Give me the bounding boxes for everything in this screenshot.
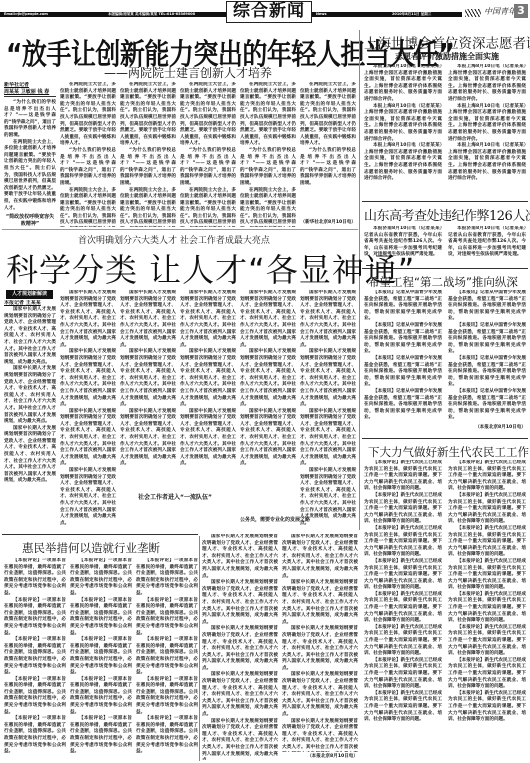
talent-body-3c: 国家中长期人才发展规划纲要首次明确划分了党政人才、企业经营管理人才、专业技术人才… — [120, 409, 176, 468]
talent-body-6b: 国家中长期人才发展规划纲要首次明确划分了党政人才、企业经营管理人才、专业技术人才… — [300, 349, 356, 408]
talent-cont-body-1b: 国家中长期人才发展规划纲要首次明确划分了党政人才、企业经营管理人才、专业技术人才… — [202, 580, 278, 626]
talent-body-5b: 国家中长期人才发展规划纲要首次明确划分了党政人才、企业经营管理人才、专业技术人才… — [240, 349, 296, 408]
talent-body-4: 国家中长期人才发展规划纲要首次明确划分了党政人才、企业经营管理人才、专业技术人才… — [180, 290, 236, 349]
migrant-body-2e: 【本报评论】新生代农民工已经成为农民工的主体，做好新生代农民工工作是一个重大而紧… — [448, 592, 526, 625]
volunteer-subheadline: 志愿者评价激励措施全面实施 — [395, 51, 499, 62]
migrant-body-2f: 【本报评论】新生代农民工已经成为农民工的主体，做好新生代农民工工作是一个重大而紧… — [448, 625, 526, 658]
migrant-body-2c: 【本报评论】新生代农民工已经成为农民工的主体，做好新生代农民工工作是一个重大而紧… — [448, 526, 526, 559]
talent-column-2: 国家中长期人才发展规划纲要首次明确划分了党政人才、企业经营管理人才、专业技术人才… — [60, 290, 116, 530]
lead-column-1: 新华社记者 周某某 卫敏丽 钱 春 “为什么我们的学校总是培养不出杰出人才？”—… — [4, 82, 56, 227]
industry-body-1: 【本报评论】一项原本旨在惠民的举措，最终却造就了行业垄断，这值得深思。公共政策在… — [4, 558, 66, 598]
talent-body-5c: 国家中长期人才发展规划纲要首次明确划分了党政人才、企业经营管理人才、专业技术人才… — [240, 409, 296, 468]
industry-column-3: 【本报评论】一项原本旨在惠民的举措，最终却造就了行业垄断，这值得深思。公共政策在… — [136, 558, 198, 760]
talent-body-1: 国家中长期人才发展规划纲要首次明确划分了党政人才、企业经营管理人才、专业技术人才… — [4, 307, 56, 366]
industry-body-1e: 【本报评论】一项原本旨在惠民的举措，最终却造就了行业垄断，这值得深思。公共政策在… — [4, 716, 66, 756]
industry-body-2d: 【本报评论】一项原本旨在惠民的举措，最终却造就了行业垄断，这值得深思。公共政策在… — [70, 677, 132, 717]
talent-credit: （本报北京8月10日电） — [282, 753, 358, 759]
hope-body-1d: 【本报讯】记者从中国青少年发展基金会获悉，希望工程“第二战场”正在向纵深推进。各… — [364, 389, 442, 422]
migrant-body-1b: 【本报评论】新生代农民工已经成为农民工的主体，做好新生代农民工工作是一个重大而紧… — [364, 493, 442, 526]
lead-credit: （新华社北京8月10日电） — [300, 219, 356, 225]
masthead-date: 2010年8月11日 星期三 — [392, 12, 431, 17]
hope-credit: （本报北京8月10日电） — [448, 424, 526, 430]
industry-body-1d: 【本报评论】一项原本旨在惠民的举措，最终却造就了行业垄断，这值得深思。公共政策在… — [4, 677, 66, 717]
talent-cont-body-1: 国家中长期人才发展规划纲要首次明确划分了党政人才、企业经营管理人才、专业技术人才… — [202, 534, 278, 580]
talent-inner-subhead-1: 社会工作者进入“一流队伍” — [120, 492, 230, 501]
talent-body-1c: 国家中长期人才发展规划纲要首次明确划分了党政人才、企业经营管理人才、专业技术人才… — [4, 426, 56, 485]
talent-continuation-2: 国家中长期人才发展规划纲要首次明确划分了党政人才、企业经营管理人才、专业技术人才… — [282, 534, 358, 752]
talent-body-2b: 国家中长期人才发展规划纲要首次明确划分了党政人才、企业经营管理人才、专业技术人才… — [60, 349, 116, 408]
hope-project-headline: 希望工程“第二战场”推向纵深 — [368, 274, 518, 290]
masthead-bar-right — [312, 12, 462, 17]
masthead-editor-meta: 本版编辑/周某某 美术编辑/某某 TEL:010-65369000 — [108, 12, 195, 17]
volunteer-headline: 上海世博会首位资深志愿者诞生 — [364, 32, 530, 52]
volunteer-column-1: 本报上海8月10日电（记者某某）上海世博会园区志愿者评价激励措施全面实施，首位资… — [364, 64, 442, 200]
talent-body-4c: 国家中长期人才发展规划纲要首次明确划分了党政人才、企业经营管理人才、专业技术人才… — [180, 409, 236, 468]
lead-column-2: 在两院院士大会上，多位院士就创新人才培养问题建言献策。“要放手让创新能力突出的年… — [60, 82, 116, 227]
migrant-body-2h: 【本报评论】新生代农民工已经成为农民工的主体，做好新生代农民工工作是一个重大而紧… — [448, 691, 526, 724]
migrant-headline: 下大力气做好新生代农民工工作 — [368, 444, 529, 460]
talent-tag: 人才规划新解读 — [6, 290, 53, 299]
migrant-body-1g: 【本报评论】新生代农民工已经成为农民工的主体，做好新生代农民工工作是一个重大而紧… — [364, 658, 442, 691]
migrant-body-1h: 【本报评论】新生代农民工已经成为农民工的主体，做好新生代农民工工作是一个重大而紧… — [364, 691, 442, 724]
migrant-body-1f: 【本报评论】新生代农民工已经成为农民工的主体，做好新生代农民工工作是一个重大而紧… — [364, 625, 442, 658]
talent-column-4: 国家中长期人才发展规划纲要首次明确划分了党政人才、企业经营管理人才、专业技术人才… — [180, 290, 236, 490]
lead-body-5b: “为什么我们的学校总是培养不出杰出人才？”——这是钱学森的“钱学森之问”，道出了… — [240, 148, 296, 188]
hope-body-2d: 【本报讯】记者从中国青少年发展基金会获悉，希望工程“第二战场”正在向纵深推进。各… — [448, 389, 526, 422]
migrant-body-1e: 【本报评论】新生代农民工已经成为农民工的主体，做好新生代农民工工作是一个重大而紧… — [364, 592, 442, 625]
industry-body-1c: 【本报评论】一项原本旨在惠民的举措，最终却造就了行业垄断，这值得深思。公共政策在… — [4, 637, 66, 677]
masthead-email: Email:rjb@people.com — [4, 12, 48, 17]
talent-cont-body-2b: 国家中长期人才发展规划纲要首次明确划分了党政人才、企业经营管理人才、专业技术人才… — [282, 580, 358, 626]
talent-column-3: 国家中长期人才发展规划纲要首次明确划分了党政人才、企业经营管理人才、专业技术人才… — [120, 290, 176, 490]
section-title: 综合新闻 — [226, 1, 312, 23]
volunteer-body-1c: 本报上海8月10日电（记者某某）上海世博会园区志愿者评价激励措施全面实施，首位资… — [364, 143, 442, 183]
talent-body-3: 国家中长期人才发展规划纲要首次明确划分了党政人才、企业经营管理人才、专业技术人才… — [120, 290, 176, 349]
migrant-body-2: 【本报评论】新生代农民工已经成为农民工的主体，做好新生代农民工工作是一个重大而紧… — [448, 460, 526, 493]
talent-body-4b: 国家中长期人才发展规划纲要首次明确划分了党政人才、企业经营管理人才、专业技术人才… — [180, 349, 236, 408]
lead-column-6: 在两院院士大会上，多位院士就创新人才培养问题建言献策。“要放手让创新能力突出的年… — [300, 82, 356, 219]
migrant-body-1d: 【本报评论】新生代农民工已经成为农民工的主体，做好新生代农民工工作是一个重大而紧… — [364, 559, 442, 592]
volunteer-body-1b: 本报上海8月10日电（记者某某）上海世博会园区志愿者评价激励措施全面实施，首位资… — [364, 104, 442, 144]
hope-body-2b: 【本报讯】记者从中国青少年发展基金会获悉，希望工程“第二战场”正在向纵深推进。各… — [448, 323, 526, 356]
lead-column-5: 在两院院士大会上，多位院士就创新人才培养问题建言献策。“要放手让创新能力突出的年… — [240, 82, 296, 227]
lead-subheadline: ——两院院士建言创新人才培养 — [104, 64, 272, 81]
migrant-column-2: 【本报评论】新生代农民工已经成为农民工的主体，做好新生代农民工工作是一个重大而紧… — [448, 460, 526, 760]
industry-body-2b: 【本报评论】一项原本旨在惠民的举措，最终却造就了行业垄断，这值得深思。公共政策在… — [70, 598, 132, 638]
hope-column-1: 【本报讯】记者从中国青少年发展基金会获悉，希望工程“第二战场”正在向纵深推进。各… — [364, 290, 442, 430]
volunteer-body-2: 本报上海8月10日电（记者某某）上海世博会园区志愿者评价激励措施全面实施，首位资… — [448, 64, 526, 104]
hope-body-1b: 【本报讯】记者从中国青少年发展基金会获悉，希望工程“第二战场”正在向纵深推进。各… — [364, 323, 442, 356]
talent-byline-names: 王某某 — [26, 300, 41, 306]
industry-column-1: 【本报评论】一项原本旨在惠民的举措，最终却造就了行业垄断，这值得深思。公共政策在… — [4, 558, 66, 760]
lead-column-4: 在两院院士大会上，多位院士就创新人才培养问题建言献策。“要放手让创新能力突出的年… — [180, 82, 236, 227]
volunteer-column-2: 本报上海8月10日电（记者某某）上海世博会园区志愿者评价激励措施全面实施，首位资… — [448, 64, 526, 200]
industry-body-3c: 【本报评论】一项原本旨在惠民的举措，最终却造就了行业垄断，这值得深思。公共政策在… — [136, 637, 198, 677]
volunteer-body-2c: 本报上海8月10日电（记者某某）上海世博会园区志愿者评价激励措施全面实施，首位资… — [448, 143, 526, 183]
lead-byline-names: 周某某 卫敏丽 钱 春 — [4, 89, 49, 95]
talent-body-3b: 国家中长期人才发展规划纲要首次明确划分了党政人才、企业经营管理人才、专业技术人才… — [120, 349, 176, 408]
talent-cont-body-2c: 国家中长期人才发展规划纲要首次明确划分了党政人才、企业经营管理人才、专业技术人才… — [282, 626, 358, 672]
industry-headline: 惠民举措何以造就行业垄断 — [22, 540, 160, 556]
lead-byline-role: 新华社记者 — [4, 82, 29, 88]
talent-cont-body-2: 国家中长期人才发展规划纲要首次明确划分了党政人才、企业经营管理人才、专业技术人才… — [282, 534, 358, 580]
lead-body-4b: “为什么我们的学校总是培养不出杰出人才？”——这是钱学森的“钱学森之问”，道出了… — [180, 148, 236, 188]
migrant-body-1: 【本报评论】新生代农民工已经成为农民工的主体，做好新生代农民工工作是一个重大而紧… — [364, 460, 442, 493]
column-divider — [199, 536, 200, 761]
divider — [2, 534, 198, 535]
talent-body-2c: 国家中长期人才发展规划纲要首次明确划分了党政人才、企业经营管理人才、专业技术人才… — [60, 409, 116, 468]
talent-column-5: 国家中长期人才发展规划纲要首次明确划分了党政人才、企业经营管理人才、专业技术人才… — [240, 290, 296, 510]
talent-body-2: 国家中长期人才发展规划纲要首次明确划分了党政人才、企业经营管理人才、专业技术人才… — [60, 290, 116, 349]
industry-body-3e: 【本报评论】一项原本旨在惠民的举措，最终却造就了行业垄断，这值得深思。公共政策在… — [136, 716, 198, 756]
lead-body-2: 在两院院士大会上，多位院士就创新人才培养问题建言献策。“要放手让创新能力突出的年… — [60, 82, 116, 148]
talent-body-5: 国家中长期人才发展规划纲要首次明确划分了党政人才、企业经营管理人才、专业技术人才… — [240, 290, 296, 349]
divider — [362, 201, 528, 202]
industry-body-3: 【本报评论】一项原本旨在惠民的举措，最终却造就了行业垄断，这值得深思。公共政策在… — [136, 558, 198, 598]
lead-inner-subhead: “简政放权呼唤宽容失败精神” — [4, 214, 56, 227]
lead-body-3: 在两院院士大会上，多位院士就创新人才培养问题建言献策。“要放手让创新能力突出的年… — [120, 82, 176, 148]
talent-body-6: 国家中长期人才发展规划纲要首次明确划分了党政人才、企业经营管理人才、专业技术人才… — [300, 290, 356, 349]
talent-cont-body-2e: 国家中长期人才发展规划纲要首次明确划分了党政人才、企业经营管理人才、专业技术人才… — [282, 719, 358, 752]
lead-body-5c: 在两院院士大会上，多位院士就创新人才培养问题建言献策。“要放手让创新能力突出的年… — [240, 188, 296, 228]
lead-body-2c: 在两院院士大会上，多位院士就创新人才培养问题建言献策。“要放手让创新能力突出的年… — [60, 188, 116, 228]
lead-body-3c: 在两院院士大会上，多位院士就创新人才培养问题建言献策。“要放手让创新能力突出的年… — [120, 188, 176, 228]
hatch-decoration-icon — [465, 9, 481, 17]
talent-body-1b: 国家中长期人才发展规划纲要首次明确划分了党政人才、企业经营管理人才、专业技术人才… — [4, 366, 56, 425]
talent-continuation-1: 国家中长期人才发展规划纲要首次明确划分了党政人才、企业经营管理人才、专业技术人才… — [202, 534, 278, 760]
talent-cont-body-1e: 国家中长期人才发展规划纲要首次明确划分了党政人才、企业经营管理人才、专业技术人才… — [202, 719, 278, 760]
talent-body-2d: 国家中长期人才发展规划纲要首次明确划分了党政人才、企业经营管理人才、专业技术人才… — [60, 468, 116, 527]
migrant-column-1: 【本报评论】新生代农民工已经成为农民工的主体，做好新生代农民工工作是一个重大而紧… — [364, 460, 442, 760]
industry-body-3b: 【本报评论】一项原本旨在惠民的举措，最终却造就了行业垄断，这值得深思。公共政策在… — [136, 598, 198, 638]
hope-body-1c: 【本报讯】记者从中国青少年发展基金会获悉，希望工程“第二战场”正在向纵深推进。各… — [364, 356, 442, 389]
lead-body-3b: “为什么我们的学校总是培养不出杰出人才？”——这是钱学森的“钱学森之问”，道出了… — [120, 148, 176, 188]
divider — [362, 438, 528, 439]
volunteer-body-2b: 本报上海8月10日电（记者某某）上海世博会园区志愿者评价激励措施全面实施，首位资… — [448, 104, 526, 144]
talent-column-6: 国家中长期人才发展规划纲要首次明确划分了党政人才、企业经营管理人才、专业技术人才… — [300, 290, 356, 530]
lead-paragraph: “为什么我们的学校总是培养不出杰出人才？”——这是钱学森的“钱学森之问”，道出了… — [4, 100, 56, 140]
lead-body-1: 在两院院士大会上，多位院士就创新人才培养问题建言献策。“要放手让创新能力突出的年… — [4, 140, 56, 213]
migrant-body-2b: 【本报评论】新生代农民工已经成为农民工的主体，做好新生代农民工工作是一个重大而紧… — [448, 493, 526, 526]
divider — [2, 229, 358, 230]
migrant-body-2d: 【本报评论】新生代农民工已经成为农民工的主体，做好新生代农民工工作是一个重大而紧… — [448, 559, 526, 592]
lead-body-2b: “为什么我们的学校总是培养不出杰出人才？”——这是钱学森的“钱学森之问”，道出了… — [60, 148, 116, 188]
page-number: 3 — [514, 4, 528, 18]
hope-body-1: 【本报讯】记者从中国青少年发展基金会获悉，希望工程“第二战场”正在向纵深推进。各… — [364, 290, 442, 323]
industry-column-2: 【本报评论】一项原本旨在惠民的举措，最终却造就了行业垄断，这值得深思。公共政策在… — [70, 558, 132, 760]
industry-body-2: 【本报评论】一项原本旨在惠民的举措，最终却造就了行业垄断，这值得深思。公共政策在… — [70, 558, 132, 598]
shandong-body-2: 本报济南8月10日电（记者某某）记者从山东省教育厅获悉，今年山东省高考共查处违纪… — [448, 226, 526, 259]
talent-cont-body-1c: 国家中长期人才发展规划纲要首次明确划分了党政人才、企业经营管理人才、专业技术人才… — [202, 626, 278, 672]
migrant-body-2g: 【本报评论】新生代农民工已经成为农民工的主体，做好新生代农民工工作是一个重大而紧… — [448, 658, 526, 691]
industry-body-3d: 【本报评论】一项原本旨在惠民的举措，最终却造就了行业垄断，这值得深思。公共政策在… — [136, 677, 198, 717]
talent-column-1: 本报记者 王某某 国家中长期人才发展规划纲要首次明确划分了党政人才、企业经营管理… — [4, 300, 56, 530]
talent-cont-body-1d: 国家中长期人才发展规划纲要首次明确划分了党政人才、企业经营管理人才、专业技术人才… — [202, 672, 278, 718]
industry-body-1b: 【本报评论】一项原本旨在惠民的举措，最终却造就了行业垄断，这值得深思。公共政策在… — [4, 598, 66, 638]
migrant-body-1c: 【本报评论】新生代农民工已经成为农民工的主体，做好新生代农民工工作是一个重大而紧… — [364, 526, 442, 559]
lead-column-3: 在两院院士大会上，多位院士就创新人才培养问题建言献策。“要放手让创新能力突出的年… — [120, 82, 176, 227]
masthead: Email:rjb@people.com 本版编辑/周某某 美术编辑/某某 TE… — [0, 0, 530, 26]
shandong-headline: 山东高考查处违纪作弊126人次 — [364, 205, 530, 224]
industry-body-2c: 【本报评论】一项原本旨在惠民的举措，最终却造就了行业垄断，这值得深思。公共政策在… — [70, 637, 132, 677]
shandong-column-2: 本报济南8月10日电（记者某某）记者从山东省教育厅获悉，今年山东省高考共查处违纪… — [448, 226, 526, 266]
talent-headline: 科学分类 让人才“各显神通” — [6, 245, 415, 291]
talent-inner-subhead-2: 公务员，需要专业化的发展之路 — [240, 516, 300, 523]
talent-byline-role: 本报记者 — [4, 300, 24, 306]
talent-body-6d: 国家中长期人才发展规划纲要首次明确划分了党政人才、企业经营管理人才、专业技术人才… — [300, 468, 356, 527]
lead-body-6b: “为什么我们的学校总是培养不出杰出人才？”——这是钱学森的“钱学森之问”，道出了… — [300, 148, 356, 188]
volunteer-body-1: 本报上海8月10日电（记者某某）上海世博会园区志愿者评价激励措施全面实施，首位资… — [364, 64, 442, 104]
masthead-news-label: News — [316, 12, 327, 17]
hope-column-2: 【本报讯】记者从中国青少年发展基金会获悉，希望工程“第二战场”正在向纵深推进。各… — [448, 290, 526, 422]
lead-body-6: 在两院院士大会上，多位院士就创新人才培养问题建言献策。“要放手让创新能力突出的年… — [300, 82, 356, 148]
lead-body-4c: 在两院院士大会上，多位院士就创新人才培养问题建言献策。“要放手让创新能力突出的年… — [180, 188, 236, 228]
talent-body-6c: 国家中长期人才发展规划纲要首次明确划分了党政人才、企业经营管理人才、专业技术人才… — [300, 409, 356, 468]
talent-cont-body-2d: 国家中长期人才发展规划纲要首次明确划分了党政人才、企业经营管理人才、专业技术人才… — [282, 672, 358, 718]
lead-body-5: 在两院院士大会上，多位院士就创新人才培养问题建言献策。“要放手让创新能力突出的年… — [240, 82, 296, 148]
lead-body-4: 在两院院士大会上，多位院士就创新人才培养问题建言献策。“要放手让创新能力突出的年… — [180, 82, 236, 148]
hope-body-2c: 【本报讯】记者从中国青少年发展基金会获悉，希望工程“第二战场”正在向纵深推进。各… — [448, 356, 526, 389]
industry-body-2e: 【本报评论】一项原本旨在惠民的举措，最终却造就了行业垄断，这值得深思。公共政策在… — [70, 716, 132, 756]
hope-body-2: 【本报讯】记者从中国青少年发展基金会获悉，希望工程“第二战场”正在向纵深推进。各… — [448, 290, 526, 323]
